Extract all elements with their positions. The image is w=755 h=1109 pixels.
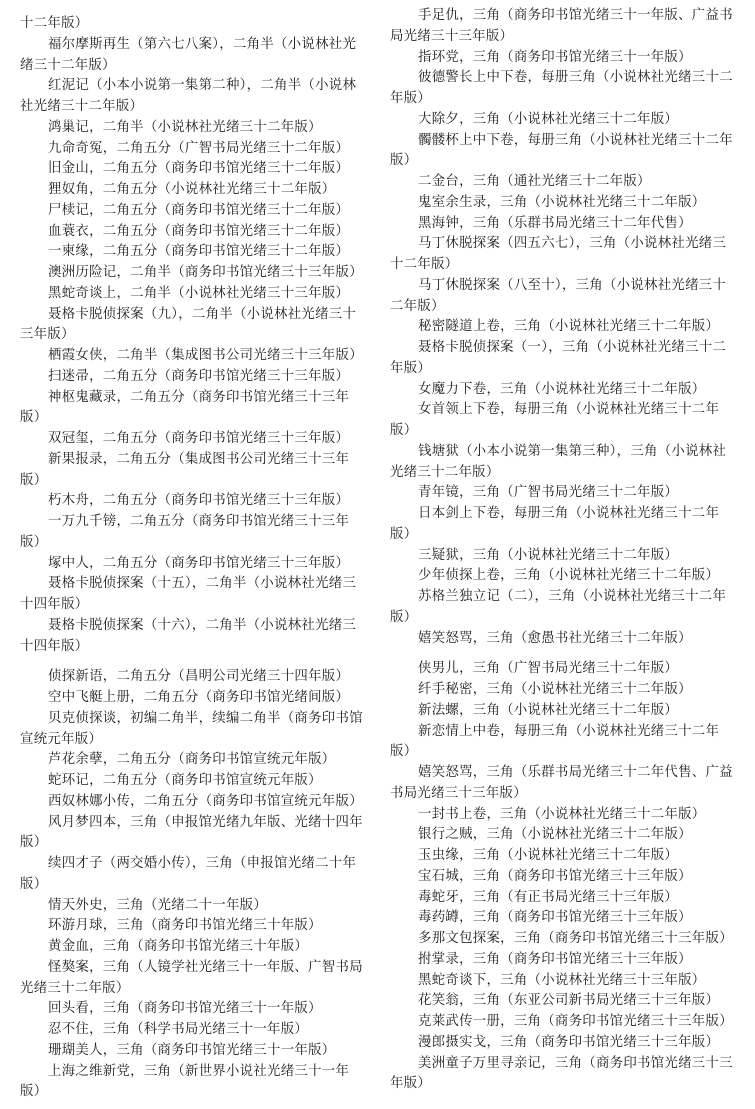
- entry-title-line: 二金台，三角（通社光绪三十二年版）: [390, 172, 738, 193]
- book-entry: 聂格卡脱侦探案（九），二角半（小说林社光绪三十三年版）: [20, 305, 368, 347]
- book-entry: 秘密隧道上卷，三角（小说林社光绪三十二年版）: [390, 317, 738, 338]
- entry-title-line: 风月梦四本，三角（申报馆光绪九年版、光绪十四年: [20, 813, 368, 834]
- entry-title-line: 少年侦探上卷，三角（小说林社光绪三十二年版）: [390, 566, 738, 587]
- entry-title-line: 珊瑚美人，三角（商务印书馆光绪三十一年版）: [20, 1041, 368, 1062]
- book-entry: 忍不住，三角（科学书局光绪三十一年版）: [20, 1020, 368, 1041]
- entry-title-line: 黄金血，三角（商务印书馆光绪三十年版）: [20, 937, 368, 958]
- book-entry: 纤手秘密，三角（小说林社光绪三十二年版）: [390, 680, 738, 701]
- entry-title-line: 芦花余孽，二角五分（商务印书馆宣统元年版）: [20, 750, 368, 771]
- book-entry: 青年镜，三角（广智书局光绪三十二年版）: [390, 483, 738, 504]
- entry-title-line: 玉虫缘，三角（小说林社光绪三十二年版）: [390, 846, 738, 867]
- book-entry: 新恋情上中卷，每册三角（小说林社光绪三十二年版）: [390, 722, 738, 764]
- book-entry: 手足仇，三角（商务印书馆光绪三十一年版、广益书局光绪三十三年版）: [390, 6, 738, 48]
- book-entry: 三疑狱，三角（小说林社光绪三十二年版）: [390, 546, 738, 567]
- entry-title-line: 贝克侦探谈，初编二角半，续编二角半（商务印书馆: [20, 709, 368, 730]
- entry-title-line: 克莱武传一册，三角（商务印书馆光绪三十三年版）: [390, 1012, 738, 1033]
- book-entry: 珊瑚美人，三角（商务印书馆光绪三十一年版）: [20, 1041, 368, 1062]
- book-entry: 怪獒案，三角（人镜学社光绪三十一年版、广智书局光绪三十二年版）: [20, 958, 368, 1000]
- entry-title-line: 神枢鬼藏录，二角五分（商务印书馆光绪三十三年: [20, 388, 368, 409]
- right-column: 手足仇，三角（商务印书馆光绪三十一年版、广益书局光绪三十三年版）指环党，三角（商…: [390, 6, 738, 1095]
- entry-title-line: 忍不住，三角（科学书局光绪三十一年版）: [20, 1020, 368, 1041]
- book-entry: 大除夕，三角（小说林社光绪三十二年版）: [390, 110, 738, 131]
- entry-continuation-line: 书局光绪三十三年版）: [390, 784, 738, 805]
- book-entry: 澳洲历险记，二角半（商务印书馆光绪三十三年版）: [20, 263, 368, 284]
- entry-title-line: 红泥记（小本小说第一集第二种），二角半（小说林: [20, 76, 368, 97]
- entry-title-line: 鸿巢记，二角半（小说林社光绪三十二年版）: [20, 118, 368, 139]
- book-entry: 续四才子（两交婚小传），三角（申报馆光绪二十年版）: [20, 854, 368, 896]
- book-entry: 少年侦探上卷，三角（小说林社光绪三十二年版）: [390, 566, 738, 587]
- book-entry: 彼德警长上中下卷，每册三角（小说林社光绪三十二年版）: [390, 68, 738, 110]
- book-entry: 情天外史，三角（光绪二十一年版）: [20, 896, 368, 917]
- book-entry: 聂格卡脱侦探案（十六），二角半（小说林社光绪三十四年版）: [20, 616, 368, 658]
- entry-title-line: 新果报录，二角五分（集成图书公司光绪三十三年: [20, 450, 368, 471]
- book-entry: 红泥记（小本小说第一集第二种），二角半（小说林社光绪三十二年版）: [20, 76, 368, 118]
- entry-title-line: 聂格卡脱侦探案（十五），二角半（小说林社光绪三: [20, 574, 368, 595]
- book-entry: 银行之贼，三角（小说林社光绪三十二年版）: [390, 825, 738, 846]
- section-gap: [20, 657, 368, 667]
- entry-continuation-line: 光绪三十二年版）: [390, 463, 738, 484]
- entry-title-line: 旧金山，二角五分（商务印书馆光绪三十二年版）: [20, 159, 368, 180]
- entry-continuation-line: 十四年版）: [20, 637, 368, 658]
- entry-title-line: 嬉笑怒骂，三角（愈愚书社光绪三十二年版）: [390, 629, 738, 650]
- book-entry: 芦花余孽，二角五分（商务印书馆宣统元年版）: [20, 750, 368, 771]
- entry-title-line: 朽木舟，二角五分（商务印书馆光绪三十三年版）: [20, 491, 368, 512]
- book-entry: 多那文包探案，三角（商务印书馆光绪三十三年版）: [390, 929, 738, 950]
- book-entry: 聂格卡脱侦探案（十五），二角半（小说林社光绪三十四年版）: [20, 574, 368, 616]
- book-entry: 黄金血，三角（商务印书馆光绪三十年版）: [20, 937, 368, 958]
- entry-title-line: 栖霞女侠，二角半（集成图书公司光绪三十三年版）: [20, 346, 368, 367]
- entry-title-line: 女首领上下卷，每册三角（小说林社光绪三十二年: [390, 400, 738, 421]
- entry-continuation-line: 版）: [20, 833, 368, 854]
- entry-title-line: 聂格卡脱侦探案（十六），二角半（小说林社光绪三: [20, 616, 368, 637]
- entry-continuation-line: 版）: [20, 471, 368, 492]
- entry-continuation-line: 宣统元年版）: [20, 730, 368, 751]
- entry-title-line: 九命奇冤，二角五分（广智书局光绪三十二年版）: [20, 139, 368, 160]
- book-entry: 一柬缘，二角五分（商务印书馆光绪三十二年版）: [20, 242, 368, 263]
- entry-title-line: 钱塘狱（小本小说第一集第三种），三角（小说林社: [390, 442, 738, 463]
- book-entry: 新果报录，二角五分（集成图书公司光绪三十三年版）: [20, 450, 368, 492]
- entry-continuation-line: 年版）: [390, 359, 738, 380]
- section-gap: [390, 649, 738, 659]
- entry-title-line: 彼德警长上中下卷，每册三角（小说林社光绪三十二: [390, 68, 738, 89]
- entry-title-line: 环游月球，三角（商务印书馆光绪三十年版）: [20, 916, 368, 937]
- book-entry: 狸奴角，二角五分（小说林社光绪三十二年版）: [20, 180, 368, 201]
- book-entry: 蛇环记，二角五分（商务印书馆宣统元年版）: [20, 771, 368, 792]
- entry-title-line: 黑蛇奇谈下，三角（小说林社光绪三十三年版）: [390, 971, 738, 992]
- book-entry: 毒蛇牙，三角（有正书局光绪三十三年版）: [390, 888, 738, 909]
- entry-continuation-line: 光绪三十二年版）: [20, 979, 368, 1000]
- entry-title-line: 马丁休脱探案（四五六七），三角（小说林社光绪三: [390, 234, 738, 255]
- book-entry: 聂格卡脱侦探案（一），三角（小说林社光绪三十二年版）: [390, 338, 738, 380]
- entry-title-line: 扫迷帚，二角五分（商务印书馆光绪三十三年版）: [20, 367, 368, 388]
- book-entry: 空中飞艇上册，二角五分（商务印书馆光绪间版）: [20, 688, 368, 709]
- book-entry: 宝石城，三角（商务印书馆光绪三十三年版）: [390, 867, 738, 888]
- entry-title-line: 毒药罇，三角（商务印书馆光绪三十三年版）: [390, 908, 738, 929]
- entry-title-line: 聂格卡脱侦探案（一），三角（小说林社光绪三十二: [390, 338, 738, 359]
- entry-continuation-line: 版）: [20, 533, 368, 554]
- entry-title-line: 双冠玺，二角五分（商务印书馆光绪三十三年版）: [20, 429, 368, 450]
- entry-title-line: 手足仇，三角（商务印书馆光绪三十一年版、广益书: [390, 6, 738, 27]
- entry-continuation-line: 局光绪三十三年版）: [390, 27, 738, 48]
- entry-continuation-line: 年版）: [390, 89, 738, 110]
- entry-continuation-line: 版）: [20, 408, 368, 429]
- entry-continuation-line: 十二年版）: [390, 255, 738, 276]
- entry-title-line: 嬉笑怒骂，三角（乐群书局光绪三十二年代售、广益: [390, 763, 738, 784]
- entry-continuation-line: 社光绪三十二年版）: [20, 97, 368, 118]
- entry-title-line: 漫郎摄实戈，三角（商务印书馆光绪三十三年版）: [390, 1033, 738, 1054]
- entry-title-line: 秘密隧道上卷，三角（小说林社光绪三十二年版）: [390, 317, 738, 338]
- book-entry: 扫迷帚，二角五分（商务印书馆光绪三十三年版）: [20, 367, 368, 388]
- entry-title-line: 怪獒案，三角（人镜学社光绪三十一年版、广智书局: [20, 958, 368, 979]
- book-entry: 钱塘狱（小本小说第一集第三种），三角（小说林社光绪三十二年版）: [390, 442, 738, 484]
- entry-title-line: 女魔力下卷，三角（小说林社光绪三十二年版）: [390, 380, 738, 401]
- entry-title-line: 一封书上卷，三角（小说林社光绪三十二年版）: [390, 805, 738, 826]
- book-entry: 侠男儿，三角（广智书局光绪三十二年版）: [390, 659, 738, 680]
- entry-title-line: 大除夕，三角（小说林社光绪三十二年版）: [390, 110, 738, 131]
- entry-continuation-line: 版）: [20, 1082, 368, 1103]
- book-entry: 毒药罇，三角（商务印书馆光绪三十三年版）: [390, 908, 738, 929]
- entry-title-line: 一万九千镑，二角五分（商务印书馆光绪三十三年: [20, 512, 368, 533]
- book-entry: 侦探新语，二角五分（昌明公司光绪三十四年版）: [20, 667, 368, 688]
- entry-title-line: 美洲童子万里寻亲记，三角（商务印书馆光绪三十三: [390, 1054, 738, 1075]
- book-entry: 花笑翁，三角（东亚公司新书局光绪三十三年版）: [390, 991, 738, 1012]
- book-entry: 女魔力下卷，三角（小说林社光绪三十二年版）: [390, 380, 738, 401]
- book-entry: 十二年版）: [20, 14, 368, 35]
- entry-continuation-line: 绪三十二年版）: [20, 56, 368, 77]
- entry-title-line: 指环党，三角（商务印书馆光绪三十一年版）: [390, 48, 738, 69]
- book-entry: 拊掌录，三角（商务印书馆光绪三十三年版）: [390, 950, 738, 971]
- book-entry: 鬼室余生录，三角（小说林社光绪三十二年版）: [390, 193, 738, 214]
- entry-title-line: 回头看，三角（商务印书馆光绪三十一年版）: [20, 999, 368, 1020]
- book-entry: 栖霞女侠，二角半（集成图书公司光绪三十三年版）: [20, 346, 368, 367]
- book-entry: 上海之维新党，三角（新世界小说社光绪三十一年版）: [20, 1062, 368, 1104]
- entry-title-line: 侠男儿，三角（广智书局光绪三十二年版）: [390, 659, 738, 680]
- book-entry: 环游月球，三角（商务印书馆光绪三十年版）: [20, 916, 368, 937]
- book-entry: 黑蛇奇谈上，二角半（小说林社光绪三十三年版）: [20, 284, 368, 305]
- entry-title-line: 花笑翁，三角（东亚公司新书局光绪三十三年版）: [390, 991, 738, 1012]
- entry-continuation-line: 版）: [390, 421, 738, 442]
- left-column: 十二年版）福尔摩斯再生（第六七八案），二角半（小说林社光绪三十二年版）红泥记（小…: [20, 14, 368, 1103]
- entry-title-line: 纤手秘密，三角（小说林社光绪三十二年版）: [390, 680, 738, 701]
- entry-title-line: 蛇环记，二角五分（商务印书馆宣统元年版）: [20, 771, 368, 792]
- entry-title-line: 髑髅杯上中下卷，每册三角（小说林社光绪三十二年: [390, 131, 738, 152]
- book-entry: 美洲童子万里寻亲记，三角（商务印书馆光绪三十三年版）: [390, 1054, 738, 1096]
- book-entry: 嬉笑怒骂，三角（愈愚书社光绪三十二年版）: [390, 629, 738, 650]
- book-entry: 漫郎摄实戈，三角（商务印书馆光绪三十三年版）: [390, 1033, 738, 1054]
- entry-title-line: 新法螺，三角（小说林社光绪三十二年版）: [390, 701, 738, 722]
- entry-continuation-line: 二年版）: [390, 297, 738, 318]
- entry-title-line: 情天外史，三角（光绪二十一年版）: [20, 896, 368, 917]
- book-entry: 马丁休脱探案（八至十），三角（小说林社光绪三十二年版）: [390, 276, 738, 318]
- entry-continuation-line: 版）: [390, 608, 738, 629]
- entry-title-line: 聂格卡脱侦探案（九），二角半（小说林社光绪三十: [20, 305, 368, 326]
- book-entry: 血蓑衣，二角五分（商务印书馆光绪三十二年版）: [20, 222, 368, 243]
- book-entry: 九命奇冤，二角五分（广智书局光绪三十二年版）: [20, 139, 368, 160]
- book-entry: 指环党，三角（商务印书馆光绪三十一年版）: [390, 48, 738, 69]
- book-entry: 风月梦四本，三角（申报馆光绪九年版、光绪十四年版）: [20, 813, 368, 855]
- book-entry: 嬉笑怒骂，三角（乐群书局光绪三十二年代售、广益书局光绪三十三年版）: [390, 763, 738, 805]
- entry-title-line: 澳洲历险记，二角半（商务印书馆光绪三十三年版）: [20, 263, 368, 284]
- entry-title-line: 一柬缘，二角五分（商务印书馆光绪三十二年版）: [20, 242, 368, 263]
- book-entry: 朽木舟，二角五分（商务印书馆光绪三十三年版）: [20, 491, 368, 512]
- book-entry: 二金台，三角（通社光绪三十二年版）: [390, 172, 738, 193]
- entry-title-line: 塚中人，二角五分（商务印书馆光绪三十三年版）: [20, 554, 368, 575]
- book-entry: 神枢鬼藏录，二角五分（商务印书馆光绪三十三年版）: [20, 388, 368, 430]
- book-entry: 女首领上下卷，每册三角（小说林社光绪三十二年版）: [390, 400, 738, 442]
- entry-title-line: 苏格兰独立记（二），三角（小说林社光绪三十二年: [390, 587, 738, 608]
- book-entry: 玉虫缘，三角（小说林社光绪三十二年版）: [390, 846, 738, 867]
- entry-continuation-line: 版）: [20, 875, 368, 896]
- book-entry: 马丁休脱探案（四五六七），三角（小说林社光绪三十二年版）: [390, 234, 738, 276]
- book-entry: 西奴林娜小传，二角五分（商务印书馆宣统元年版）: [20, 792, 368, 813]
- book-entry: 日本剑上下卷，每册三角（小说林社光绪三十二年版）: [390, 504, 738, 546]
- entry-title-line: 狸奴角，二角五分（小说林社光绪三十二年版）: [20, 180, 368, 201]
- book-entry: 克莱武传一册，三角（商务印书馆光绪三十三年版）: [390, 1012, 738, 1033]
- entry-continuation-line: 版）: [390, 151, 738, 172]
- entry-title-line: 宝石城，三角（商务印书馆光绪三十三年版）: [390, 867, 738, 888]
- entry-title-line: 银行之贼，三角（小说林社光绪三十二年版）: [390, 825, 738, 846]
- entry-title-line: 拊掌录，三角（商务印书馆光绪三十三年版）: [390, 950, 738, 971]
- book-entry: 旧金山，二角五分（商务印书馆光绪三十二年版）: [20, 159, 368, 180]
- entry-continuation-line: 版）: [390, 525, 738, 546]
- entry-title-line: 三疑狱，三角（小说林社光绪三十二年版）: [390, 546, 738, 567]
- book-entry: 一封书上卷，三角（小说林社光绪三十二年版）: [390, 805, 738, 826]
- book-entry: 髑髅杯上中下卷，每册三角（小说林社光绪三十二年版）: [390, 131, 738, 173]
- entry-title-line: 黑蛇奇谈上，二角半（小说林社光绪三十三年版）: [20, 284, 368, 305]
- entry-continuation-line: 年版）: [390, 1074, 738, 1095]
- entry-continuation-line: 十二年版）: [20, 14, 368, 35]
- entry-title-line: 西奴林娜小传，二角五分（商务印书馆宣统元年版）: [20, 792, 368, 813]
- entry-title-line: 马丁休脱探案（八至十），三角（小说林社光绪三十: [390, 276, 738, 297]
- entry-title-line: 尸椟记，二角五分（商务印书馆光绪三十二年版）: [20, 201, 368, 222]
- entry-title-line: 侦探新语，二角五分（昌明公司光绪三十四年版）: [20, 667, 368, 688]
- entry-title-line: 日本剑上下卷，每册三角（小说林社光绪三十二年: [390, 504, 738, 525]
- entry-title-line: 黑海钟，三角（乐群书局光绪三十二年代售）: [390, 214, 738, 235]
- book-entry: 双冠玺，二角五分（商务印书馆光绪三十三年版）: [20, 429, 368, 450]
- entry-title-line: 多那文包探案，三角（商务印书馆光绪三十三年版）: [390, 929, 738, 950]
- entry-continuation-line: 十四年版）: [20, 595, 368, 616]
- book-entry: 苏格兰独立记（二），三角（小说林社光绪三十二年版）: [390, 587, 738, 629]
- book-entry: 黑海钟，三角（乐群书局光绪三十二年代售）: [390, 214, 738, 235]
- book-entry: 新法螺，三角（小说林社光绪三十二年版）: [390, 701, 738, 722]
- entry-title-line: 血蓑衣，二角五分（商务印书馆光绪三十二年版）: [20, 222, 368, 243]
- book-entry: 一万九千镑，二角五分（商务印书馆光绪三十三年版）: [20, 512, 368, 554]
- book-entry: 塚中人，二角五分（商务印书馆光绪三十三年版）: [20, 554, 368, 575]
- entry-title-line: 青年镜，三角（广智书局光绪三十二年版）: [390, 483, 738, 504]
- entry-title-line: 新恋情上中卷，每册三角（小说林社光绪三十二年: [390, 722, 738, 743]
- entry-title-line: 鬼室余生录，三角（小说林社光绪三十二年版）: [390, 193, 738, 214]
- entry-title-line: 续四才子（两交婚小传），三角（申报馆光绪二十年: [20, 854, 368, 875]
- book-entry: 尸椟记，二角五分（商务印书馆光绪三十二年版）: [20, 201, 368, 222]
- entry-title-line: 毒蛇牙，三角（有正书局光绪三十三年版）: [390, 888, 738, 909]
- book-entry: 贝克侦探谈，初编二角半，续编二角半（商务印书馆宣统元年版）: [20, 709, 368, 751]
- book-entry: 回头看，三角（商务印书馆光绪三十一年版）: [20, 999, 368, 1020]
- book-entry: 鸿巢记，二角半（小说林社光绪三十二年版）: [20, 118, 368, 139]
- entry-continuation-line: 三年版）: [20, 325, 368, 346]
- entry-title-line: 福尔摩斯再生（第六七八案），二角半（小说林社光: [20, 35, 368, 56]
- book-entry: 福尔摩斯再生（第六七八案），二角半（小说林社光绪三十二年版）: [20, 35, 368, 77]
- book-entry: 黑蛇奇谈下，三角（小说林社光绪三十三年版）: [390, 971, 738, 992]
- entry-title-line: 空中飞艇上册，二角五分（商务印书馆光绪间版）: [20, 688, 368, 709]
- entry-title-line: 上海之维新党，三角（新世界小说社光绪三十一年: [20, 1062, 368, 1083]
- entry-continuation-line: 版）: [390, 742, 738, 763]
